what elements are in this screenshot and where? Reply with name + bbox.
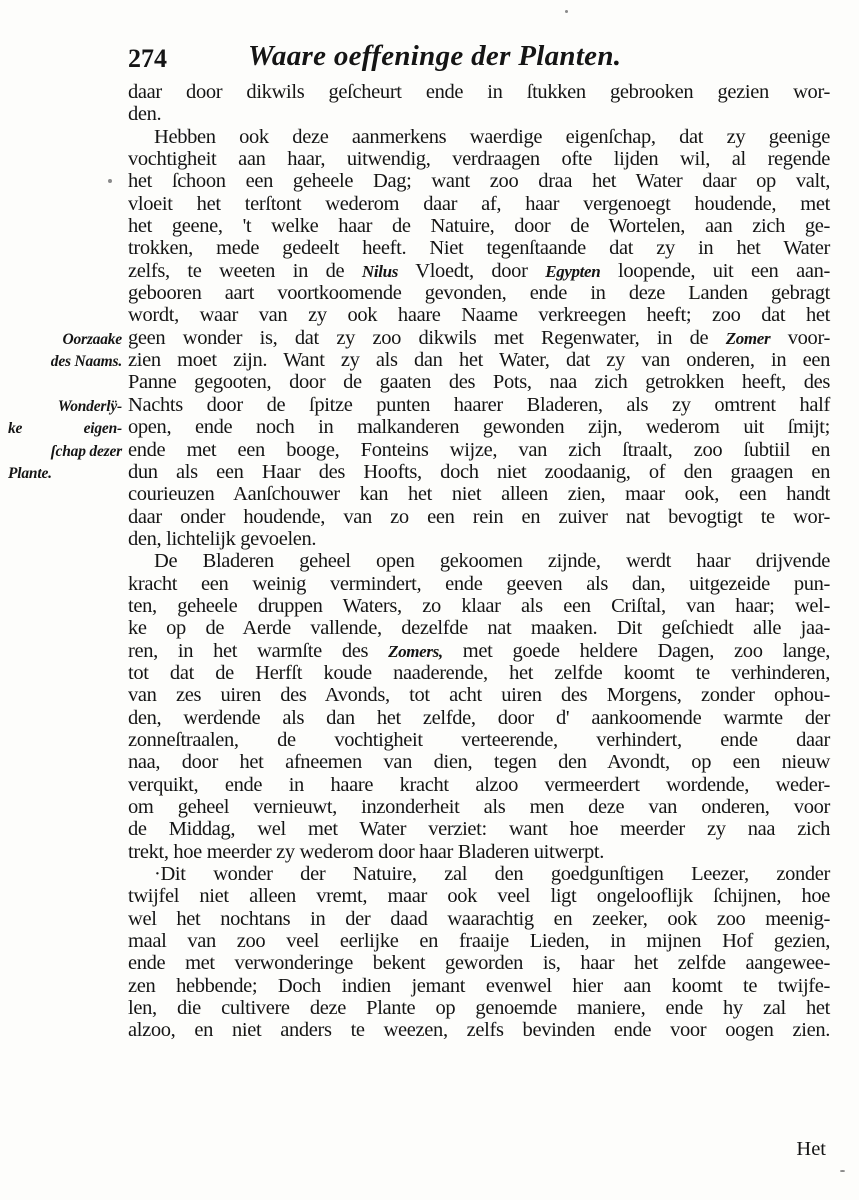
text-line: vloeit het terſtont wederom daar af, haa… — [128, 193, 830, 215]
text-line: wel het nochtans in der daad waarachtig … — [128, 908, 830, 930]
text-line: kracht een weinig vermindert, ende geeve… — [128, 573, 830, 595]
text-run: vloeit het terſtont wederom daar af, haa… — [128, 193, 830, 215]
text-run: ren, in het warmſte des — [128, 640, 388, 662]
text-line: geen wonder is, dat zy zoo dikwils met R… — [128, 327, 830, 349]
italic-name: Zomer — [726, 329, 771, 348]
text-line: ende met verwonderinge bekent geworden i… — [128, 952, 830, 974]
text-run: den. — [128, 103, 161, 125]
body-text: daar door dikwils geſcheurt ende in ſtuk… — [128, 81, 830, 1042]
text-line: ende met een booge, Fonteins wijze, van … — [128, 439, 830, 461]
text-run: voor- — [770, 327, 830, 349]
text-run: alzoo, en niet anders te weezen, zelfs b… — [128, 1019, 830, 1041]
text-line: courieuzen Aanſchouwer kan het niet alle… — [128, 483, 830, 505]
text-run: Panne gegooten, door de gaaten des Pots,… — [128, 371, 830, 393]
text-line: het ſchoon een geheele Dag; want zoo dra… — [128, 170, 830, 192]
text-run: ·Dit wonder der Natuire, zal den goedgun… — [154, 863, 830, 885]
text-run: naa, door het afneemen van dien, tegen d… — [128, 751, 830, 773]
text-run: verquikt, ende in haare kracht alzoo ver… — [128, 774, 830, 796]
margin-note-wondrous-property: Wonderlÿ- ke eigen- ſchap dezer Plante. — [0, 396, 122, 485]
text-line: ·Dit wonder der Natuire, zal den goedgun… — [128, 863, 830, 885]
text-run: geen wonder is, dat zy zoo dikwils met R… — [128, 327, 726, 349]
text-line: van zes uiren des Avonds, tot acht uiren… — [128, 684, 830, 706]
text-run: Hebben ook deze aanmerkens waerdige eige… — [154, 126, 830, 148]
text-line: len, die cultivere deze Plante op genoem… — [128, 997, 830, 1019]
text-run: trokken, mede gedeelt heeft. Niet tegenſ… — [128, 237, 830, 259]
margin-note-line: des Naams. — [0, 351, 122, 373]
page-number: 274 — [128, 44, 167, 74]
text-run: courieuzen Aanſchouwer kan het niet alle… — [128, 483, 830, 505]
text-run: het ſchoon een geheele Dag; want zoo dra… — [128, 170, 830, 192]
text-run: Nachts door de ſpitze punten haarer Blad… — [128, 394, 830, 416]
text-line: ten, geheele druppen Waters, zo klaar al… — [128, 595, 830, 617]
text-run: wel het nochtans in der daad waarachtig … — [128, 908, 830, 930]
text-line: dun als een Haar des Hoofts, doch niet z… — [128, 461, 830, 483]
margin-note-line: ke eigen- — [0, 418, 122, 440]
text-run: ende met verwonderinge bekent geworden i… — [128, 952, 830, 974]
print-speck — [565, 10, 568, 13]
text-line: zen hebbende; Doch indien jemant evenwel… — [128, 975, 830, 997]
text-run: twijfel niet alleen vremt, maar ook veel… — [128, 885, 830, 907]
running-title: Waare oeffeninge der Planten. — [248, 40, 621, 73]
text-run: wordt, waar van zy ook haare Naame verkr… — [128, 304, 830, 326]
italic-name: Egypten — [545, 262, 600, 281]
text-line: den, werdende als dan het zelfde, door d… — [128, 707, 830, 729]
text-line: De Bladeren geheel open gekoomen zijnde,… — [128, 550, 830, 572]
text-run: ke op de Aerde vallende, dezelfde nat ma… — [128, 617, 830, 639]
text-run: len, die cultivere deze Plante op genoem… — [128, 997, 830, 1019]
text-line: zonneſtraalen, de vochtigheit verteerend… — [128, 729, 830, 751]
text-line: twijfel niet alleen vremt, maar ook veel… — [128, 885, 830, 907]
text-run: den, werdende als dan het zelfde, door d… — [128, 707, 830, 729]
margin-note-line: Oorzaake — [0, 329, 122, 351]
text-run: loopende, uit een aan- — [600, 260, 830, 282]
text-line: naa, door het afneemen van dien, tegen d… — [128, 751, 830, 773]
text-run: open, ende noch in malkanderen gewonden … — [128, 416, 830, 438]
text-run: zien moet zijn. Want zy als dan het Wate… — [128, 349, 830, 371]
text-line: het geene, 't welke haar de Natuire, doo… — [128, 215, 830, 237]
text-line: trekt, hoe meerder zy wederom door haar … — [128, 841, 830, 863]
text-line: Panne gegooten, door de gaaten des Pots,… — [128, 371, 830, 393]
text-run: daar onder houdende, van zo een rein en … — [128, 506, 830, 528]
text-line: ke op de Aerde vallende, dezelfde nat ma… — [128, 617, 830, 639]
text-run: kracht een weinig vermindert, ende geeve… — [128, 573, 830, 595]
text-run: maal van zoo veel eerlijke en fraaije Li… — [128, 930, 830, 952]
text-line: vochtigheit aan haar, uitwendig, verdraa… — [128, 148, 830, 170]
margin-note-line: ſchap dezer — [0, 441, 122, 463]
text-run: de Middag, wel met Water verziet: want h… — [128, 818, 830, 840]
book-page: 274 Waare oeffeninge der Planten. Oorzaa… — [0, 0, 859, 1200]
print-speck — [840, 1170, 845, 1172]
text-line: zien moet zijn. Want zy als dan het Wate… — [128, 349, 830, 371]
text-line: Hebben ook deze aanmerkens waerdige eige… — [128, 126, 830, 148]
text-line: alzoo, en niet anders te weezen, zelfs b… — [128, 1019, 830, 1041]
text-run: trekt, hoe meerder zy wederom door haar … — [128, 841, 604, 863]
text-line: verquikt, ende in haare kracht alzoo ver… — [128, 774, 830, 796]
text-run: met goede heldere Dagen, zoo lange, — [443, 640, 830, 662]
text-line: ren, in het warmſte des Zomers, met goed… — [128, 640, 830, 662]
text-run: zen hebbende; Doch indien jemant evenwel… — [128, 975, 830, 997]
text-line: gebooren aart voortkoomende gevonden, en… — [128, 282, 830, 304]
margin-note-line: Plante. — [0, 463, 122, 485]
text-run: om geheel vernieuwt, inzonderheit als me… — [128, 796, 830, 818]
text-run: zelfs, te weeten in de — [128, 260, 362, 282]
catchword: Het — [796, 1138, 826, 1161]
text-line: de Middag, wel met Water verziet: want h… — [128, 818, 830, 840]
text-line: zelfs, te weeten in de Nilus Vloedt, doo… — [128, 260, 830, 282]
margin-note-line: Wonderlÿ- — [0, 396, 122, 418]
text-run: vochtigheit aan haar, uitwendig, verdraa… — [128, 148, 830, 170]
text-line: open, ende noch in malkanderen gewonden … — [128, 416, 830, 438]
text-line: daar onder houdende, van zo een rein en … — [128, 506, 830, 528]
text-run: het geene, 't welke haar de Natuire, doo… — [128, 215, 830, 237]
text-line: daar door dikwils geſcheurt ende in ſtuk… — [128, 81, 830, 103]
text-run: daar door dikwils geſcheurt ende in ſtuk… — [128, 81, 830, 103]
text-line: Nachts door de ſpitze punten haarer Blad… — [128, 394, 830, 416]
text-run: Vloedt, door — [398, 260, 545, 282]
text-run: zonneſtraalen, de vochtigheit verteerend… — [128, 729, 830, 751]
text-run: den, lichtelijk gevoelen. — [128, 528, 316, 550]
margin-note-naming: Oorzaake des Naams. — [0, 329, 122, 374]
text-line: den, lichtelijk gevoelen. — [128, 528, 830, 550]
text-line: den. — [128, 103, 830, 125]
italic-name: Nilus — [362, 262, 398, 281]
text-run: tot dat de Herfſt koude naaderende, het … — [128, 662, 830, 684]
text-line: maal van zoo veel eerlijke en fraaije Li… — [128, 930, 830, 952]
text-run: De Bladeren geheel open gekoomen zijnde,… — [154, 550, 830, 572]
text-line: om geheel vernieuwt, inzonderheit als me… — [128, 796, 830, 818]
text-run: dun als een Haar des Hoofts, doch niet z… — [128, 461, 830, 483]
text-run: ende met een booge, Fonteins wijze, van … — [128, 439, 830, 461]
text-line: tot dat de Herfſt koude naaderende, het … — [128, 662, 830, 684]
text-run: ten, geheele druppen Waters, zo klaar al… — [128, 595, 830, 617]
italic-name: Zomers, — [388, 642, 443, 661]
text-line: trokken, mede gedeelt heeft. Niet tegenſ… — [128, 237, 830, 259]
text-run: van zes uiren des Avonds, tot acht uiren… — [128, 684, 830, 706]
print-speck — [108, 179, 112, 183]
text-run: gebooren aart voortkoomende gevonden, en… — [128, 282, 830, 304]
page-header: 274 Waare oeffeninge der Planten. — [128, 40, 828, 76]
text-line: wordt, waar van zy ook haare Naame verkr… — [128, 304, 830, 326]
